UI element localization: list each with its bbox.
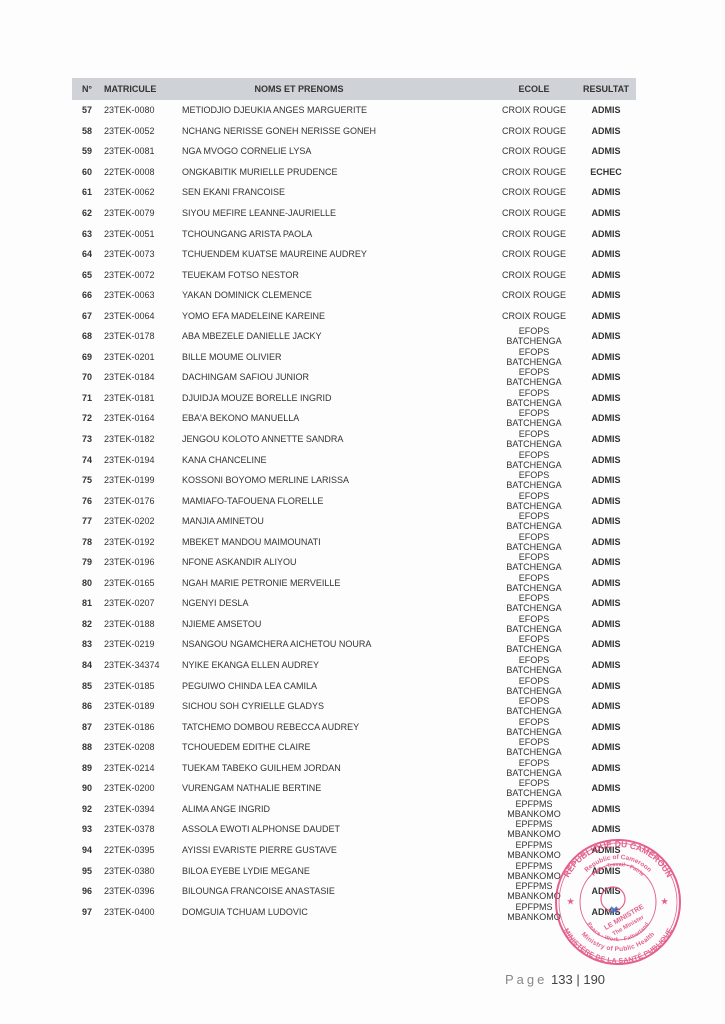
- table-row: 9623TEK-0396BILOUNGA FRANCOISE ANASTASIE…: [72, 881, 636, 902]
- row-matricule: 23TEK-0214: [102, 763, 172, 773]
- table-body: 5723TEK-0080METIODJIO DJEUKIA ANGES MARG…: [72, 100, 636, 922]
- row-result: ADMIS: [576, 434, 636, 444]
- row-number: 88: [72, 742, 102, 752]
- row-number: 97: [72, 907, 102, 917]
- table-row: 7523TEK-0199KOSSONI BOYOMO MERLINE LARIS…: [72, 470, 636, 491]
- row-matricule: 22TEK-0395: [102, 845, 172, 855]
- row-matricule: 23TEK-0194: [102, 455, 172, 465]
- row-number: 76: [72, 496, 102, 506]
- row-name: NSANGOU NGAMCHERA AICHETOU NOURA: [172, 639, 426, 649]
- row-name: EBA'A BEKONO MANUELLA: [172, 413, 426, 423]
- row-result: ADMIS: [576, 886, 636, 896]
- table-row: 9323TEK-0378ASSOLA EWOTI ALPHONSE DAUDET…: [72, 819, 636, 840]
- row-name: BILOUNGA FRANCOISE ANASTASIE: [172, 886, 426, 896]
- row-school: EFOPS BATCHENGA: [426, 593, 576, 613]
- table-row: 5723TEK-0080METIODJIO DJEUKIA ANGES MARG…: [72, 100, 636, 121]
- row-result: ADMIS: [576, 804, 636, 814]
- row-number: 62: [72, 208, 102, 218]
- row-number: 86: [72, 701, 102, 711]
- page-label: Page: [505, 972, 547, 987]
- row-number: 94: [72, 845, 102, 855]
- row-result: ADMIS: [576, 311, 636, 321]
- row-school: EFOPS BATCHENGA: [426, 552, 576, 572]
- table-row: 7223TEK-0164EBA'A BEKONO MANUELLAEFOPS B…: [72, 408, 636, 429]
- row-result: ADMIS: [576, 331, 636, 341]
- table-row: 6623TEK-0063YAKAN DOMINICK CLEMENCECROIX…: [72, 285, 636, 306]
- row-matricule: 23TEK-0081: [102, 146, 172, 156]
- row-result: ADMIS: [576, 249, 636, 259]
- row-school: CROIX ROUGE: [426, 146, 576, 156]
- row-result: ADMIS: [576, 516, 636, 526]
- table-row: 8923TEK-0214TUEKAM TABEKO GUILHEM JORDAN…: [72, 758, 636, 779]
- row-number: 90: [72, 783, 102, 793]
- row-name: NYIKE EKANGA ELLEN AUDREY: [172, 660, 426, 670]
- row-result: ADMIS: [576, 639, 636, 649]
- row-name: KOSSONI BOYOMO MERLINE LARISSA: [172, 475, 426, 485]
- row-name: TEUEKAM FOTSO NESTOR: [172, 270, 426, 280]
- row-name: TATCHEMO DOMBOU REBECCA AUDREY: [172, 722, 426, 732]
- header-result: RESULTAT: [576, 84, 636, 94]
- row-result: ADMIS: [576, 907, 636, 917]
- row-name: PEGUIWO CHINDA LEA CAMILA: [172, 681, 426, 691]
- header-names: NOMS ET PRENOMS: [172, 84, 426, 94]
- row-matricule: 23TEK-0176: [102, 496, 172, 506]
- stamp-outer-bottom: MINISTÈRE DE LA SANTÉ PUBLIQUE: [562, 927, 674, 965]
- row-result: ADMIS: [576, 537, 636, 547]
- row-name: AYISSI EVARISTE PIERRE GUSTAVE: [172, 845, 426, 855]
- row-school: EPFPMS MBANKOMO: [426, 902, 576, 922]
- row-school: CROIX ROUGE: [426, 290, 576, 300]
- row-school: EFOPS BATCHENGA: [426, 491, 576, 511]
- row-number: 60: [72, 167, 102, 177]
- row-number: 65: [72, 270, 102, 280]
- row-result: ADMIS: [576, 845, 636, 855]
- row-name: NGA MVOGO CORNELIE LYSA: [172, 146, 426, 156]
- row-number: 74: [72, 455, 102, 465]
- table-row: 7623TEK-0176MAMIAFO-TAFOUENA FLORELLEEFO…: [72, 490, 636, 511]
- row-school: CROIX ROUGE: [426, 167, 576, 177]
- row-name: JENGOU KOLOTO ANNETTE SANDRA: [172, 434, 426, 444]
- row-result: ADMIS: [576, 187, 636, 197]
- table-row: 6223TEK-0079SIYOU MEFIRE LEANNE-JAURIELL…: [72, 203, 636, 224]
- table-row: 8323TEK-0219NSANGOU NGAMCHERA AICHETOU N…: [72, 634, 636, 655]
- row-result: ADMIS: [576, 352, 636, 362]
- row-school: EFOPS BATCHENGA: [426, 737, 576, 757]
- table-row: 7723TEK-0202MANJIA AMINETOUEFOPS BATCHEN…: [72, 511, 636, 532]
- row-matricule: 23TEK-0063: [102, 290, 172, 300]
- row-number: 95: [72, 866, 102, 876]
- row-result: ADMIS: [576, 742, 636, 752]
- row-name: NJIEME AMSETOU: [172, 619, 426, 629]
- row-name: YOMO EFA MADELEINE KAREINE: [172, 311, 426, 321]
- row-school: EFOPS BATCHENGA: [426, 470, 576, 490]
- table-row: 7823TEK-0192MBEKET MANDOU MAIMOUNATIEFOP…: [72, 531, 636, 552]
- row-matricule: 23TEK-0079: [102, 208, 172, 218]
- row-school: EFOPS BATCHENGA: [426, 367, 576, 387]
- row-name: TCHOUNGANG ARISTA PAOLA: [172, 229, 426, 239]
- row-school: EFOPS BATCHENGA: [426, 511, 576, 531]
- row-school: EFOPS BATCHENGA: [426, 676, 576, 696]
- row-result: ADMIS: [576, 455, 636, 465]
- row-number: 69: [72, 352, 102, 362]
- row-number: 80: [72, 578, 102, 588]
- row-name: NFONE ASKANDIR ALIYOU: [172, 557, 426, 567]
- row-result: ADMIS: [576, 475, 636, 485]
- row-school: CROIX ROUGE: [426, 187, 576, 197]
- row-matricule: 23TEK-0186: [102, 722, 172, 732]
- row-number: 79: [72, 557, 102, 567]
- table-row: 8823TEK-0208TCHOUEDEM EDITHE CLAIREEFOPS…: [72, 737, 636, 758]
- row-matricule: 23TEK-0062: [102, 187, 172, 197]
- table-header: N° MATRICULE NOMS ET PRENOMS ECOLE RESUL…: [72, 78, 636, 100]
- table-row: 7023TEK-0184DACHINGAM SAFIOU JUNIOREFOPS…: [72, 367, 636, 388]
- row-result: ADMIS: [576, 557, 636, 567]
- row-school: EFOPS BATCHENGA: [426, 429, 576, 449]
- row-school: CROIX ROUGE: [426, 270, 576, 280]
- row-number: 58: [72, 126, 102, 136]
- row-number: 72: [72, 413, 102, 423]
- row-name: METIODJIO DJEUKIA ANGES MARGUERITE: [172, 105, 426, 115]
- row-result: ADMIS: [576, 413, 636, 423]
- table-row: 7123TEK-0181DJUIDJA MOUZE BORELLE INGRID…: [72, 388, 636, 409]
- row-matricule: 23TEK-0400: [102, 907, 172, 917]
- row-number: 68: [72, 331, 102, 341]
- row-matricule: 23TEK-0192: [102, 537, 172, 547]
- row-number: 81: [72, 598, 102, 608]
- row-school: CROIX ROUGE: [426, 311, 576, 321]
- star-icon: ★: [661, 897, 669, 906]
- row-school: EPFPMS MBANKOMO: [426, 861, 576, 881]
- row-name: NGAH MARIE PETRONIE MERVEILLE: [172, 578, 426, 588]
- row-school: EFOPS BATCHENGA: [426, 326, 576, 346]
- row-number: 77: [72, 516, 102, 526]
- row-result: ADMIS: [576, 578, 636, 588]
- row-school: EPFPMS MBANKOMO: [426, 881, 576, 901]
- row-name: TUEKAM TABEKO GUILHEM JORDAN: [172, 763, 426, 773]
- row-result: ADMIS: [576, 824, 636, 834]
- row-name: DJUIDJA MOUZE BORELLE INGRID: [172, 393, 426, 403]
- page-total: 190: [583, 972, 605, 987]
- row-matricule: 23TEK-0219: [102, 639, 172, 649]
- row-school: EFOPS BATCHENGA: [426, 655, 576, 675]
- table-row: 9023TEK-0200VURENGAM NATHALIE BERTINEEFO…: [72, 778, 636, 799]
- table-row: 8523TEK-0185PEGUIWO CHINDA LEA CAMILAEFO…: [72, 675, 636, 696]
- table-row: 6123TEK-0062SEN EKANI FRANCOISECROIX ROU…: [72, 182, 636, 203]
- table-row: 5823TEK-0052NCHANG NERISSE GONEH NERISSE…: [72, 121, 636, 142]
- row-result: ADMIS: [576, 701, 636, 711]
- results-table: N° MATRICULE NOMS ET PRENOMS ECOLE RESUL…: [72, 78, 636, 922]
- table-row: 6022TEK-0008ONGKABITIK MURIELLE PRUDENCE…: [72, 162, 636, 183]
- row-matricule: 23TEK-0165: [102, 578, 172, 588]
- row-school: EFOPS BATCHENGA: [426, 696, 576, 716]
- row-result: ADMIS: [576, 229, 636, 239]
- row-result: ECHEC: [576, 167, 636, 177]
- row-matricule: 23TEK-0064: [102, 311, 172, 321]
- table-row: 6323TEK-0051TCHOUNGANG ARISTA PAOLACROIX…: [72, 223, 636, 244]
- row-school: EPFPMS MBANKOMO: [426, 799, 576, 819]
- row-name: NGENYI DESLA: [172, 598, 426, 608]
- table-row: 7423TEK-0194KANA CHANCELINEEFOPS BATCHEN…: [72, 449, 636, 470]
- row-number: 63: [72, 229, 102, 239]
- row-number: 64: [72, 249, 102, 259]
- row-school: EFOPS BATCHENGA: [426, 614, 576, 634]
- row-name: TCHOUEDEM EDITHE CLAIRE: [172, 742, 426, 752]
- stamp-motto-en: Peace - Work - Fatherland: [585, 922, 650, 944]
- page-footer: Page 133 | 190: [505, 972, 605, 987]
- row-school: CROIX ROUGE: [426, 208, 576, 218]
- row-name: ASSOLA EWOTI ALPHONSE DAUDET: [172, 824, 426, 834]
- row-matricule: 23TEK-0200: [102, 783, 172, 793]
- row-matricule: 23TEK-0396: [102, 886, 172, 896]
- row-result: ADMIS: [576, 660, 636, 670]
- row-name: NCHANG NERISSE GONEH NERISSE GONEH: [172, 126, 426, 136]
- row-school: EFOPS BATCHENGA: [426, 347, 576, 367]
- row-name: MANJIA AMINETOU: [172, 516, 426, 526]
- row-number: 84: [72, 660, 102, 670]
- table-row: 8423TEK-34374NYIKE EKANGA ELLEN AUDREYEF…: [72, 655, 636, 676]
- row-school: EFOPS BATCHENGA: [426, 408, 576, 428]
- row-matricule: 23TEK-0378: [102, 824, 172, 834]
- row-number: 75: [72, 475, 102, 485]
- table-row: 8723TEK-0186TATCHEMO DOMBOU REBECCA AUDR…: [72, 716, 636, 737]
- row-number: 89: [72, 763, 102, 773]
- row-number: 82: [72, 619, 102, 629]
- row-name: DOMGUIA TCHUAM LUDOVIC: [172, 907, 426, 917]
- table-row: 8623TEK-0189SICHOU SOH CYRIELLE GLADYSEF…: [72, 696, 636, 717]
- row-result: ADMIS: [576, 208, 636, 218]
- row-result: ADMIS: [576, 146, 636, 156]
- table-row: 8223TEK-0188NJIEME AMSETOUEFOPS BATCHENG…: [72, 614, 636, 635]
- row-name: YAKAN DOMINICK CLEMENCE: [172, 290, 426, 300]
- row-result: ADMIS: [576, 290, 636, 300]
- row-school: EFOPS BATCHENGA: [426, 388, 576, 408]
- row-matricule: 23TEK-0208: [102, 742, 172, 752]
- page-current: 133: [551, 972, 573, 987]
- row-result: ADMIS: [576, 105, 636, 115]
- row-number: 93: [72, 824, 102, 834]
- row-number: 70: [72, 372, 102, 382]
- row-matricule: 23TEK-0184: [102, 372, 172, 382]
- row-matricule: 23TEK-34374: [102, 660, 172, 670]
- row-number: 85: [72, 681, 102, 691]
- stamp-inner-bottom: Ministry of Public Health: [580, 931, 656, 953]
- row-matricule: 23TEK-0051: [102, 229, 172, 239]
- row-school: EFOPS BATCHENGA: [426, 717, 576, 737]
- row-school: EFOPS BATCHENGA: [426, 758, 576, 778]
- row-name: TCHUENDEM KUATSE MAUREINE AUDREY: [172, 249, 426, 259]
- row-name: SIYOU MEFIRE LEANNE-JAURIELLE: [172, 208, 426, 218]
- table-row: 9223TEK-0394ALIMA ANGE INGRIDEPFPMS MBAN…: [72, 799, 636, 820]
- svg-text:Peace - Work - Fatherland: Peace - Work - Fatherland: [585, 922, 650, 944]
- row-number: 57: [72, 105, 102, 115]
- row-number: 92: [72, 804, 102, 814]
- row-school: CROIX ROUGE: [426, 126, 576, 136]
- header-matricule: MATRICULE: [102, 84, 172, 94]
- row-name: ABA MBEZELE DANIELLE JACKY: [172, 331, 426, 341]
- row-result: ADMIS: [576, 372, 636, 382]
- table-row: 8023TEK-0165NGAH MARIE PETRONIE MERVEILL…: [72, 573, 636, 594]
- row-matricule: 23TEK-0207: [102, 598, 172, 608]
- row-matricule: 23TEK-0185: [102, 681, 172, 691]
- row-matricule: 23TEK-0052: [102, 126, 172, 136]
- table-row: 7323TEK-0182JENGOU KOLOTO ANNETTE SANDRA…: [72, 429, 636, 450]
- row-name: MAMIAFO-TAFOUENA FLORELLE: [172, 496, 426, 506]
- row-matricule: 23TEK-0073: [102, 249, 172, 259]
- row-name: KANA CHANCELINE: [172, 455, 426, 465]
- row-matricule: 23TEK-0394: [102, 804, 172, 814]
- page-separator: |: [576, 972, 579, 987]
- row-school: CROIX ROUGE: [426, 105, 576, 115]
- row-number: 96: [72, 886, 102, 896]
- row-matricule: 23TEK-0072: [102, 270, 172, 280]
- table-row: 6423TEK-0073TCHUENDEM KUATSE MAUREINE AU…: [72, 244, 636, 265]
- row-matricule: 23TEK-0201: [102, 352, 172, 362]
- header-number: N°: [72, 84, 102, 94]
- row-result: ADMIS: [576, 619, 636, 629]
- row-result: ADMIS: [576, 393, 636, 403]
- row-result: ADMIS: [576, 270, 636, 280]
- row-result: ADMIS: [576, 866, 636, 876]
- row-result: ADMIS: [576, 598, 636, 608]
- row-result: ADMIS: [576, 126, 636, 136]
- row-number: 78: [72, 537, 102, 547]
- row-matricule: 23TEK-0188: [102, 619, 172, 629]
- row-school: CROIX ROUGE: [426, 229, 576, 239]
- row-name: DACHINGAM SAFIOU JUNIOR: [172, 372, 426, 382]
- table-row: 6523TEK-0072TEUEKAM FOTSO NESTORCROIX RO…: [72, 264, 636, 285]
- row-matricule: 23TEK-0196: [102, 557, 172, 567]
- row-number: 59: [72, 146, 102, 156]
- table-row: 6923TEK-0201BILLE MOUME OLIVIEREFOPS BAT…: [72, 347, 636, 368]
- row-matricule: 23TEK-0080: [102, 105, 172, 115]
- table-row: 6823TEK-0178ABA MBEZELE DANIELLE JACKYEF…: [72, 326, 636, 347]
- table-row: 9723TEK-0400DOMGUIA TCHUAM LUDOVICEPFPMS…: [72, 901, 636, 922]
- row-matricule: 23TEK-0164: [102, 413, 172, 423]
- row-matricule: 23TEK-0202: [102, 516, 172, 526]
- row-number: 61: [72, 187, 102, 197]
- row-school: EFOPS BATCHENGA: [426, 778, 576, 798]
- table-row: 7923TEK-0196NFONE ASKANDIR ALIYOUEFOPS B…: [72, 552, 636, 573]
- row-school: EFOPS BATCHENGA: [426, 573, 576, 593]
- row-matricule: 23TEK-0189: [102, 701, 172, 711]
- table-row: 9523TEK-0380BILOA EYEBE LYDIE MEGANEEPFP…: [72, 860, 636, 881]
- row-result: ADMIS: [576, 681, 636, 691]
- table-row: 9422TEK-0395AYISSI EVARISTE PIERRE GUSTA…: [72, 840, 636, 861]
- svg-text:Ministry of Public Health: Ministry of Public Health: [580, 931, 656, 953]
- row-name: MBEKET MANDOU MAIMOUNATI: [172, 537, 426, 547]
- row-number: 83: [72, 639, 102, 649]
- row-name: BILOA EYEBE LYDIE MEGANE: [172, 866, 426, 876]
- row-matricule: 23TEK-0380: [102, 866, 172, 876]
- row-school: EPFPMS MBANKOMO: [426, 819, 576, 839]
- row-name: VURENGAM NATHALIE BERTINE: [172, 783, 426, 793]
- table-row: 6723TEK-0064YOMO EFA MADELEINE KAREINECR…: [72, 305, 636, 326]
- row-number: 67: [72, 311, 102, 321]
- row-result: ADMIS: [576, 722, 636, 732]
- svg-text:MINISTÈRE DE LA SANTÉ PUBLIQUE: MINISTÈRE DE LA SANTÉ PUBLIQUE: [562, 927, 674, 965]
- row-matricule: 22TEK-0008: [102, 167, 172, 177]
- row-school: EFOPS BATCHENGA: [426, 450, 576, 470]
- table-row: 8123TEK-0207NGENYI DESLAEFOPS BATCHENGAA…: [72, 593, 636, 614]
- row-number: 66: [72, 290, 102, 300]
- row-number: 87: [72, 722, 102, 732]
- row-school: EPFPMS MBANKOMO: [426, 840, 576, 860]
- row-name: ONGKABITIK MURIELLE PRUDENCE: [172, 167, 426, 177]
- row-number: 71: [72, 393, 102, 403]
- table-row: 5923TEK-0081NGA MVOGO CORNELIE LYSACROIX…: [72, 141, 636, 162]
- row-name: SEN EKANI FRANCOISE: [172, 187, 426, 197]
- row-result: ADMIS: [576, 783, 636, 793]
- row-result: ADMIS: [576, 496, 636, 506]
- row-result: ADMIS: [576, 763, 636, 773]
- row-school: EFOPS BATCHENGA: [426, 634, 576, 654]
- row-name: SICHOU SOH CYRIELLE GLADYS: [172, 701, 426, 711]
- row-matricule: 23TEK-0181: [102, 393, 172, 403]
- row-name: BILLE MOUME OLIVIER: [172, 352, 426, 362]
- row-school: EFOPS BATCHENGA: [426, 532, 576, 552]
- row-school: CROIX ROUGE: [426, 249, 576, 259]
- row-matricule: 23TEK-0178: [102, 331, 172, 341]
- row-matricule: 23TEK-0199: [102, 475, 172, 485]
- row-name: ALIMA ANGE INGRID: [172, 804, 426, 814]
- header-school: ECOLE: [426, 84, 576, 94]
- document-page: N° MATRICULE NOMS ET PRENOMS ECOLE RESUL…: [0, 0, 725, 1024]
- row-matricule: 23TEK-0182: [102, 434, 172, 444]
- row-number: 73: [72, 434, 102, 444]
